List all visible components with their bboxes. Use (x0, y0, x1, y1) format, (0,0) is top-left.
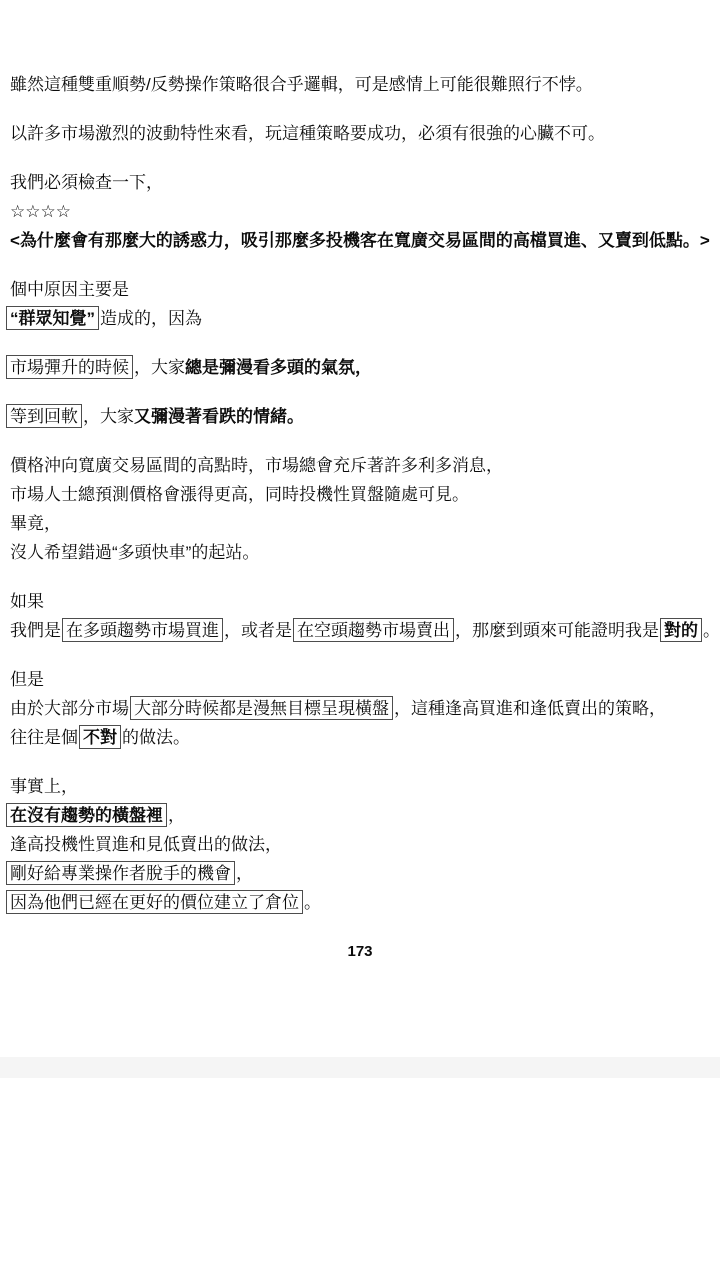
text-segment: ， (236, 864, 253, 883)
text-segment: 。 (304, 893, 321, 912)
text-segment: 逢高投機性買進和見低賣出的做法， (10, 835, 282, 854)
text-line: 沒人希望錯過“多頭快車”的起站。 (10, 538, 712, 567)
boxed-phrase: “群眾知覺” (6, 306, 99, 330)
boxed-phrase: 剛好給專業操作者脫手的機會 (6, 861, 235, 885)
text-segment: 雖然這種雙重順勢/反勢操作策略很合乎邏輯，可是感情上可能很難照行不悖。 (10, 75, 593, 94)
text-line: 價格沖向寬廣交易區間的高點時，市場總會充斥著許多利多消息， (10, 451, 712, 480)
paragraph: 市場彈升的時候，大家總是彌漫看多頭的氣氛， (10, 353, 712, 382)
text-line: 在沒有趨勢的橫盤裡， (10, 801, 712, 830)
text-segment: 如果 (10, 592, 44, 611)
text-line: 因為他們已經在更好的價位建立了倉位。 (10, 888, 712, 917)
page-footer: 173 (0, 943, 720, 961)
text-segment: 事實上， (10, 777, 78, 796)
text-line: 等到回軟，大家又彌漫著看跌的情緒。 (10, 402, 712, 431)
page-text: 雖然這種雙重順勢/反勢操作策略很合乎邏輯，可是感情上可能很難照行不悖。以許多市場… (0, 0, 720, 917)
text-line: 事實上， (10, 772, 712, 801)
text-segment: 。 (703, 621, 720, 640)
text-line: 往往是個不對的做法。 (10, 723, 712, 752)
text-segment: 的做法。 (122, 728, 190, 747)
text-line: 以許多市場激烈的波動特性來看，玩這種策略要成功，必須有很強的心臟不可。 (10, 119, 712, 148)
text-segment: 往往是個 (10, 728, 78, 747)
text-segment: ，那麼到頭來可能證明我是 (455, 621, 659, 640)
text-line: “群眾知覺”造成的，因為 (10, 304, 712, 333)
text-line: <為什麼會有那麼大的誘惑力，吸引那麼多投機客在寬廣交易區間的高檔買進、又賣到低點… (10, 226, 712, 255)
boxed-phrase: 在多頭趨勢市場買進 (62, 618, 223, 642)
text-line: 畢竟， (10, 509, 712, 538)
text-line: 市場人士總預測價格會漲得更高，同時投機性買盤隨處可見。 (10, 480, 712, 509)
paragraph: 我們必須檢查一下，☆☆☆☆<為什麼會有那麼大的誘惑力，吸引那麼多投機客在寬廣交易… (10, 168, 712, 255)
ebook-page: 雖然這種雙重順勢/反勢操作策略很合乎邏輯，可是感情上可能很難照行不悖。以許多市場… (0, 0, 720, 1280)
text-segment: ，大家 (83, 407, 134, 426)
text-line: 剛好給專業操作者脫手的機會， (10, 859, 712, 888)
text-segment: 我們是 (10, 621, 61, 640)
text-line: 市場彈升的時候，大家總是彌漫看多頭的氣氛， (10, 353, 712, 382)
text-line: 由於大部分市場大部分時候都是漫無目標呈現橫盤，這種逢高買進和逢低賣出的策略， (10, 694, 712, 723)
text-segment: 但是 (10, 670, 44, 689)
page-number: 173 (347, 943, 372, 960)
text-segment: 個中原因主要是 (10, 280, 129, 299)
text-segment: ，或者是 (224, 621, 292, 640)
text-line: 如果 (10, 587, 712, 616)
boxed-phrase: 不對 (79, 725, 121, 749)
paragraph: 價格沖向寬廣交易區間的高點時，市場總會充斥著許多利多消息，市場人士總預測價格會漲… (10, 451, 712, 567)
paragraph: 事實上，在沒有趨勢的橫盤裡，逢高投機性買進和見低賣出的做法，剛好給專業操作者脫手… (10, 772, 712, 917)
text-line: 雖然這種雙重順勢/反勢操作策略很合乎邏輯，可是感情上可能很難照行不悖。 (10, 70, 712, 99)
boxed-phrase: 在沒有趨勢的橫盤裡 (6, 803, 167, 827)
text-segment: 以許多市場激烈的波動特性來看，玩這種策略要成功，必須有很強的心臟不可。 (10, 124, 605, 143)
text-segment: 沒人希望錯過“多頭快車”的起站。 (10, 543, 259, 562)
text-segment: ，大家 (134, 358, 185, 377)
page-separator-band (0, 1057, 720, 1078)
paragraph: 如果我們是在多頭趨勢市場買進，或者是在空頭趨勢市場賣出，那麼到頭來可能證明我是對… (10, 587, 712, 645)
paragraph: 個中原因主要是“群眾知覺”造成的，因為 (10, 275, 712, 333)
paragraph: 以許多市場激烈的波動特性來看，玩這種策略要成功，必須有很強的心臟不可。 (10, 119, 712, 148)
boxed-phrase: 等到回軟 (6, 404, 82, 428)
bold-text: <為什麼會有那麼大的誘惑力，吸引那麼多投機客在寬廣交易區間的高檔買進、又賣到低點… (10, 231, 710, 250)
text-segment: ， (168, 806, 185, 825)
text-segment: 市場人士總預測價格會漲得更高，同時投機性買盤隨處可見。 (10, 485, 469, 504)
text-line: 逢高投機性買進和見低賣出的做法， (10, 830, 712, 859)
boxed-phrase: 市場彈升的時候 (6, 355, 133, 379)
text-segment: 由於大部分市場 (10, 699, 129, 718)
text-line: 我們是在多頭趨勢市場買進，或者是在空頭趨勢市場賣出，那麼到頭來可能證明我是對的。 (10, 616, 712, 645)
text-line: ☆☆☆☆ (10, 197, 712, 226)
boxed-phrase: 因為他們已經在更好的價位建立了倉位 (6, 890, 303, 914)
text-segment: 造成的，因為 (100, 309, 202, 328)
text-segment: ，這種逢高買進和逢低賣出的策略， (394, 699, 666, 718)
boxed-phrase: 大部分時候都是漫無目標呈現橫盤 (130, 696, 393, 720)
bold-text: 又彌漫著看跌的情緒。 (134, 407, 304, 426)
text-segment: 畢竟， (10, 514, 61, 533)
text-line: 我們必須檢查一下， (10, 168, 712, 197)
text-line: 個中原因主要是 (10, 275, 712, 304)
boxed-phrase: 對的 (660, 618, 702, 642)
text-line: 但是 (10, 665, 712, 694)
star-divider: ☆☆☆☆ (10, 202, 71, 221)
bold-text: 總是彌漫看多頭的氣氛， (185, 358, 372, 377)
paragraph: 但是由於大部分市場大部分時候都是漫無目標呈現橫盤，這種逢高買進和逢低賣出的策略，… (10, 665, 712, 752)
boxed-phrase: 在空頭趨勢市場賣出 (293, 618, 454, 642)
text-segment: 我們必須檢查一下， (10, 173, 163, 192)
text-segment: 價格沖向寬廣交易區間的高點時，市場總會充斥著許多利多消息， (10, 456, 503, 475)
paragraph: 雖然這種雙重順勢/反勢操作策略很合乎邏輯，可是感情上可能很難照行不悖。 (10, 70, 712, 99)
paragraph: 等到回軟，大家又彌漫著看跌的情緒。 (10, 402, 712, 431)
